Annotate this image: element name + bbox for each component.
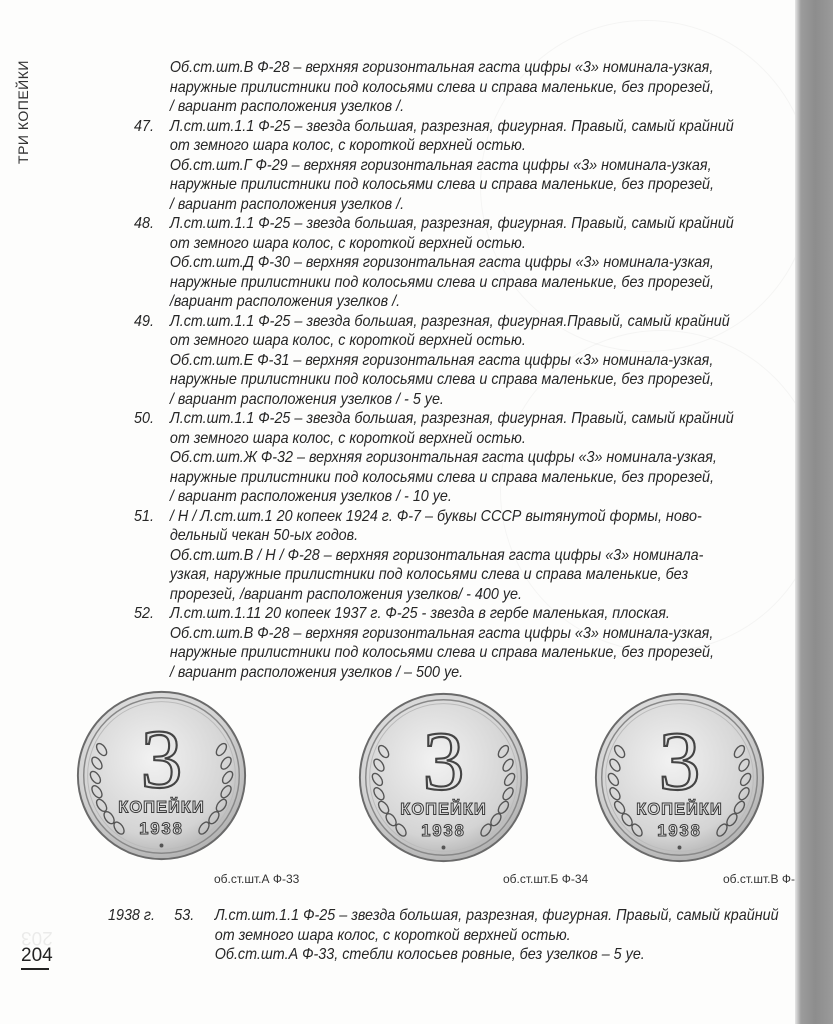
entry-line: наружные прилистники под колосьями слева…: [170, 175, 760, 195]
svg-text:КОПЕЙКИ: КОПЕЙКИ: [636, 799, 722, 818]
svg-text:1938: 1938: [657, 821, 702, 840]
entry-number: 49.: [134, 312, 154, 332]
coin-illustrations: 3 КОПЕЙКИ 1938 об.ст.шт.А Ф-33 3 КОПЕЙКИ…: [0, 680, 833, 895]
entry-line: от земного шара колос, с короткой верхне…: [170, 429, 760, 449]
coin-reverse-image: 3 КОПЕЙКИ 1938: [74, 688, 249, 863]
entry-line: Об.ст.шт.А Ф-33, стебли колосьев ровные,…: [215, 945, 771, 965]
entry-line: Об.ст.шт.В / Н / Ф-28 – верхняя горизонт…: [170, 546, 760, 566]
catalog-entries: Об.ст.шт.В Ф-28 – верхняя горизонтальная…: [134, 58, 760, 682]
svg-text:1938: 1938: [139, 819, 184, 838]
coin-icon: 3 КОПЕЙКИ 1938: [74, 688, 249, 863]
catalog-entry: 47.Л.ст.шт.1.1 Ф-25 – звезда большая, ра…: [134, 117, 760, 215]
entry-line: Л.ст.шт.1.1 Ф-25 – звезда большая, разре…: [170, 409, 760, 429]
entry-line: / Н / Л.ст.шт.1 20 копеек 1924 г. Ф-7 – …: [170, 507, 760, 527]
entry-line: Л.ст.шт.1.11 20 копеек 1937 г. Ф-25 - зв…: [170, 604, 760, 624]
page-number: 204: [21, 945, 53, 967]
coin-icon: 3 КОПЕЙКИ 1938: [592, 690, 767, 865]
svg-text:КОПЕЙКИ: КОПЕЙКИ: [118, 797, 204, 816]
coin-caption: об.ст.шт.В Ф-3: [723, 872, 802, 886]
entry-line: наружные прилистники под колосьями слева…: [170, 643, 760, 663]
svg-text:3: 3: [423, 715, 465, 808]
entry-number: 50.: [134, 409, 154, 429]
svg-text:3: 3: [659, 715, 701, 808]
entry-line: от земного шара колос, с короткой верхне…: [215, 926, 771, 946]
entry-line: Л.ст.шт.1.1 Ф-25 – звезда большая, разре…: [170, 312, 760, 332]
entry-year: 1938 г.: [108, 906, 155, 926]
entry-number: 53.: [174, 906, 194, 926]
running-head: ТРИ КОПЕЙКИ: [12, 52, 34, 172]
entry-line: наружные прилистники под колосьями слева…: [170, 468, 760, 488]
entry-line: Л.ст.шт.1.1 Ф-25 – звезда большая, разре…: [170, 117, 760, 137]
coin-caption: об.ст.шт.А Ф-33: [214, 872, 299, 886]
entry-line: Л.ст.шт.1.1 Ф-25 – звезда большая, разре…: [215, 906, 771, 926]
entry-number: 47.: [134, 117, 154, 137]
entry-line: от земного шара колос, с короткой верхне…: [170, 331, 760, 351]
entry-line: узкая, наружные прилистники под колосьям…: [170, 565, 760, 585]
entry-line: Об.ст.шт.Ж Ф-32 – верхняя горизонтальная…: [170, 448, 760, 468]
catalog-entry-53: 1938 г. 53. Л.ст.шт.1.1 Ф-25 – звезда бо…: [108, 906, 770, 965]
catalog-entry: 50.Л.ст.шт.1.1 Ф-25 – звезда большая, ра…: [134, 409, 760, 507]
entry-line: наружные прилистники под колосьями слева…: [170, 273, 760, 293]
entry-line: от земного шара колос, с короткой верхне…: [170, 136, 760, 156]
entry-line: / вариант расположения узелков /.: [170, 195, 760, 215]
entry-line: Л.ст.шт.1.1 Ф-25 – звезда большая, разре…: [170, 214, 760, 234]
coin-reverse-image: 3 КОПЕЙКИ 1938: [592, 690, 767, 865]
entry-line: / вариант расположения узелков /.: [170, 97, 760, 117]
coin-caption: об.ст.шт.Б Ф-34: [503, 872, 588, 886]
entry-number: 48.: [134, 214, 154, 234]
catalog-entry: Об.ст.шт.В Ф-28 – верхняя горизонтальная…: [134, 58, 760, 117]
entry-line: Об.ст.шт.Е Ф-31 – верхняя горизонтальная…: [170, 351, 760, 371]
entry-line: /вариант расположения узелков /.: [170, 292, 760, 312]
running-head-text: ТРИ КОПЕЙКИ: [15, 60, 31, 164]
coin-reverse-image: 3 КОПЕЙКИ 1938: [356, 690, 531, 865]
entry-line: дельный чекан 50-ых годов.: [170, 526, 760, 546]
catalog-entry: 51./ Н / Л.ст.шт.1 20 копеек 1924 г. Ф-7…: [134, 507, 760, 605]
entry-number: 51.: [134, 507, 154, 527]
catalog-entry: 49.Л.ст.шт.1.1 Ф-25 – звезда большая, ра…: [134, 312, 760, 410]
entry-line: Об.ст.шт.В Ф-28 – верхняя горизонтальная…: [170, 58, 760, 78]
entry-line: наружные прилистники под колосьями слева…: [170, 370, 760, 390]
svg-text:КОПЕЙКИ: КОПЕЙКИ: [400, 799, 486, 818]
entry-line: Об.ст.шт.В Ф-28 – верхняя горизонтальная…: [170, 624, 760, 644]
entry-line: от земного шара колос, с короткой верхне…: [170, 234, 760, 254]
svg-text:1938: 1938: [421, 821, 466, 840]
svg-text:3: 3: [141, 713, 183, 806]
book-binding-shadow: [795, 0, 833, 1024]
entry-line: прорезей, /вариант расположения узелков/…: [170, 585, 760, 605]
catalog-entry: 48.Л.ст.шт.1.1 Ф-25 – звезда большая, ра…: [134, 214, 760, 312]
page-number-rule: [21, 968, 49, 970]
entry-line: Об.ст.шт.Г Ф-29 – верхняя горизонтальная…: [170, 156, 760, 176]
entry-line: / вариант расположения узелков / - 10 уе…: [170, 487, 760, 507]
entry-line: / вариант расположения узелков / - 5 уе.: [170, 390, 760, 410]
entry-line: наружные прилистники под колосьями слева…: [170, 78, 760, 98]
entry-number: 52.: [134, 604, 154, 624]
catalog-entry: 52.Л.ст.шт.1.11 20 копеек 1937 г. Ф-25 -…: [134, 604, 760, 682]
entry-line: Об.ст.шт.Д Ф-30 – верхняя горизонтальная…: [170, 253, 760, 273]
coin-icon: 3 КОПЕЙКИ 1938: [356, 690, 531, 865]
